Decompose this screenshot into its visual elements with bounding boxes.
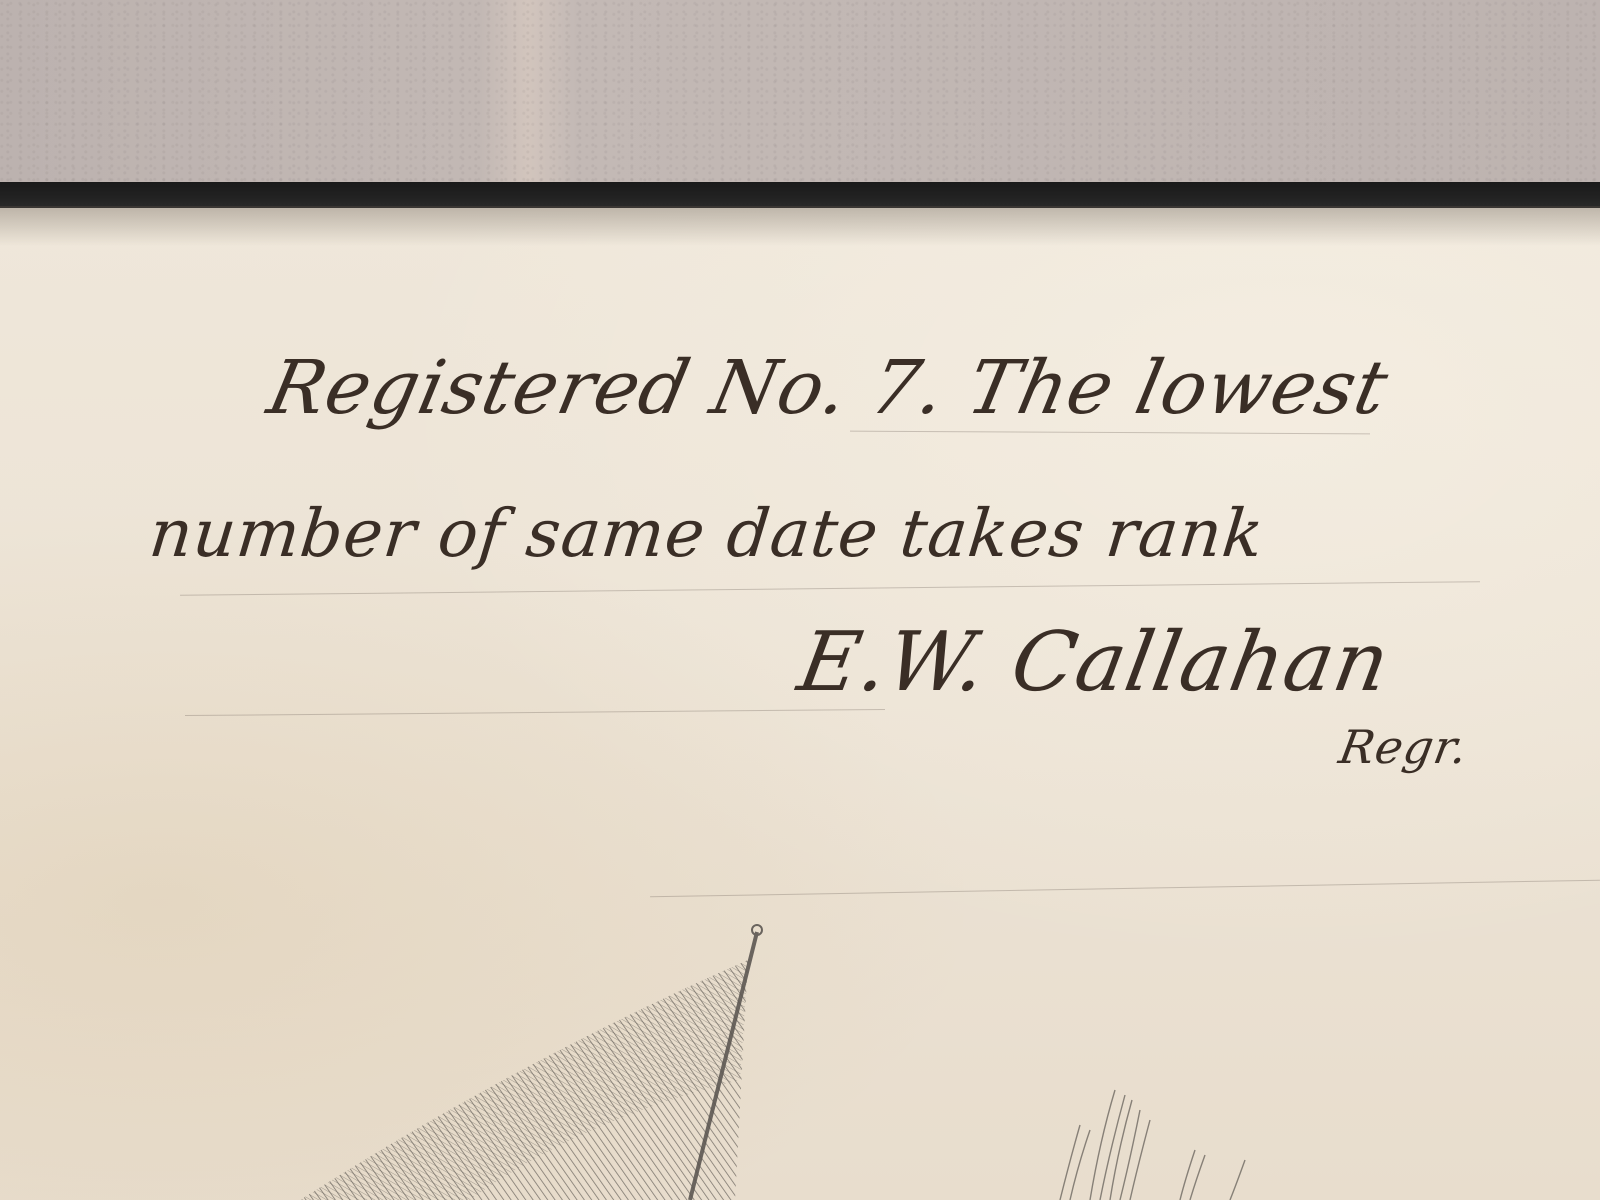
handwritten-line-1: Registered No. 7. The lowest — [261, 345, 1396, 431]
frame-edge — [0, 182, 1600, 208]
handwritten-line-2: number of same date takes rank — [146, 495, 1268, 572]
frame-shadow — [0, 206, 1600, 246]
mat-board — [0, 0, 1600, 185]
signature-title: Regr. — [1335, 720, 1472, 774]
signature: E.W. Callahan — [792, 615, 1397, 710]
photo-of-document: Registered No. 7. The lowest number of s… — [0, 0, 1600, 1200]
